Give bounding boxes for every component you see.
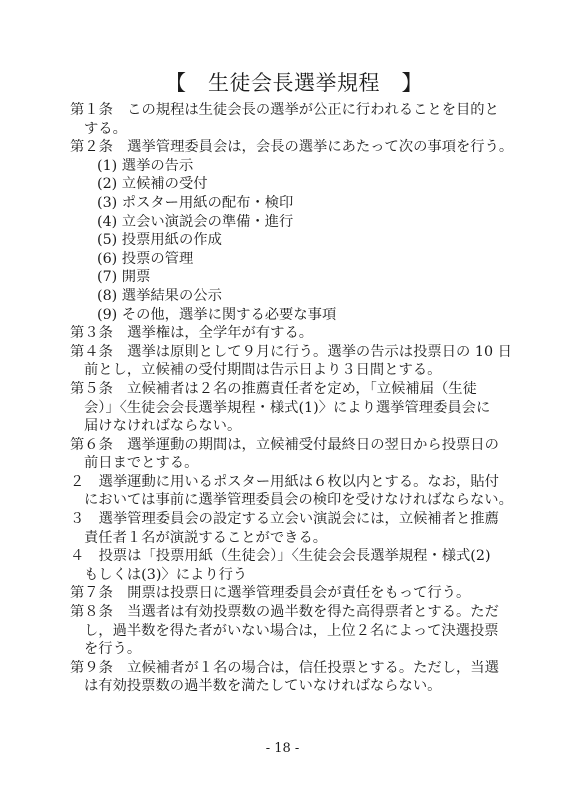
page-number: - 18 - <box>0 740 565 758</box>
article-5-continuation-1: 会）」〈生徒会会長選挙規程・様式(1)〉により選挙管理委員会に <box>84 399 518 418</box>
article-1-continuation: する。 <box>84 120 518 139</box>
article-2-item-6: (6) 投票の管理 <box>97 250 518 269</box>
document-page: 【 生徒会長選挙規程 】 第１条 この規程は生徒会長の選挙が公正に行われることを… <box>0 0 565 800</box>
article-2-item-5: (5) 投票用紙の作成 <box>97 231 518 250</box>
article-5-continuation-2: 届けなければならない。 <box>84 417 518 436</box>
article-6-continuation: 前日までとする。 <box>84 454 518 473</box>
article-7-line: 第７条 開票は投票日に選挙管理委員会が責任をもって行う。 <box>70 584 518 603</box>
article-8-continuation-2: を行う。 <box>84 640 518 659</box>
article-9-continuation: は有効投票数の過半数を満たしていなければならない。 <box>84 677 518 696</box>
article-5-line: 第５条 立候補者は２名の推薦責任者を定め，「立候補届（生徒 <box>70 380 518 399</box>
article-2-item-3: (3) ポスター用紙の配布・検印 <box>97 194 518 213</box>
article-1-line: 第１条 この規程は生徒会長の選挙が公正に行われることを目的と <box>70 101 518 120</box>
article-4-continuation: 前とし，立候補の受付期間は告示日より３日間とする。 <box>84 361 518 380</box>
article-2-item-8: (8) 選挙結果の公示 <box>97 287 518 306</box>
paragraph-4-line: ４ 投票は「投票用紙（生徒会）」〈生徒会会長選挙規程・様式(2) <box>70 547 518 566</box>
paragraph-3-line: ３ 選挙管理委員会の設定する立会い演説会には，立候補者と推薦 <box>70 510 518 529</box>
article-6-line: 第６条 選挙運動の期間は，立候補受付最終日の翌日から投票日の <box>70 436 518 455</box>
paragraph-2-continuation: においては事前に選挙管理委員会の検印を受けなければならない。 <box>84 491 518 510</box>
article-2-item-2: (2) 立候補の受付 <box>97 175 518 194</box>
article-2-item-4: (4) 立会い演説会の準備・進行 <box>97 213 518 232</box>
article-2-line: 第２条 選挙管理委員会は，会長の選挙にあたって次の事項を行う。 <box>70 138 518 157</box>
regulation-body: 【 生徒会長選挙規程 】 第１条 この規程は生徒会長の選挙が公正に行われることを… <box>70 68 518 696</box>
paragraph-2-line: ２ 選挙運動に用いるポスター用紙は６枚以内とする。なお，貼付 <box>70 473 518 492</box>
article-8-line: 第８条 当選者は有効投票数の過半数を得た高得票者とする。ただ <box>70 603 518 622</box>
document-title: 【 生徒会長選挙規程 】 <box>70 68 518 98</box>
paragraph-4-continuation: もしくは(3)〉により行う <box>84 566 518 585</box>
article-9-line: 第９条 立候補者が１名の場合は，信任投票とする。ただし，当選 <box>70 659 518 678</box>
article-2-item-1: (1) 選挙の告示 <box>97 157 518 176</box>
article-4-line: 第４条 選挙は原則として９月に行う。選挙の告示は投票日の 10 日 <box>70 343 518 362</box>
article-2-item-7: (7) 開票 <box>97 268 518 287</box>
article-2-item-9: (9) その他，選挙に関する必要な事項 <box>97 306 518 325</box>
article-8-continuation-1: し，過半数を得た者がいない場合は，上位２名によって決選投票 <box>84 622 518 641</box>
paragraph-3-continuation: 責任者１名が演説することができる。 <box>84 529 518 548</box>
article-3-line: 第３条 選挙権は，全学年が有する。 <box>70 324 518 343</box>
